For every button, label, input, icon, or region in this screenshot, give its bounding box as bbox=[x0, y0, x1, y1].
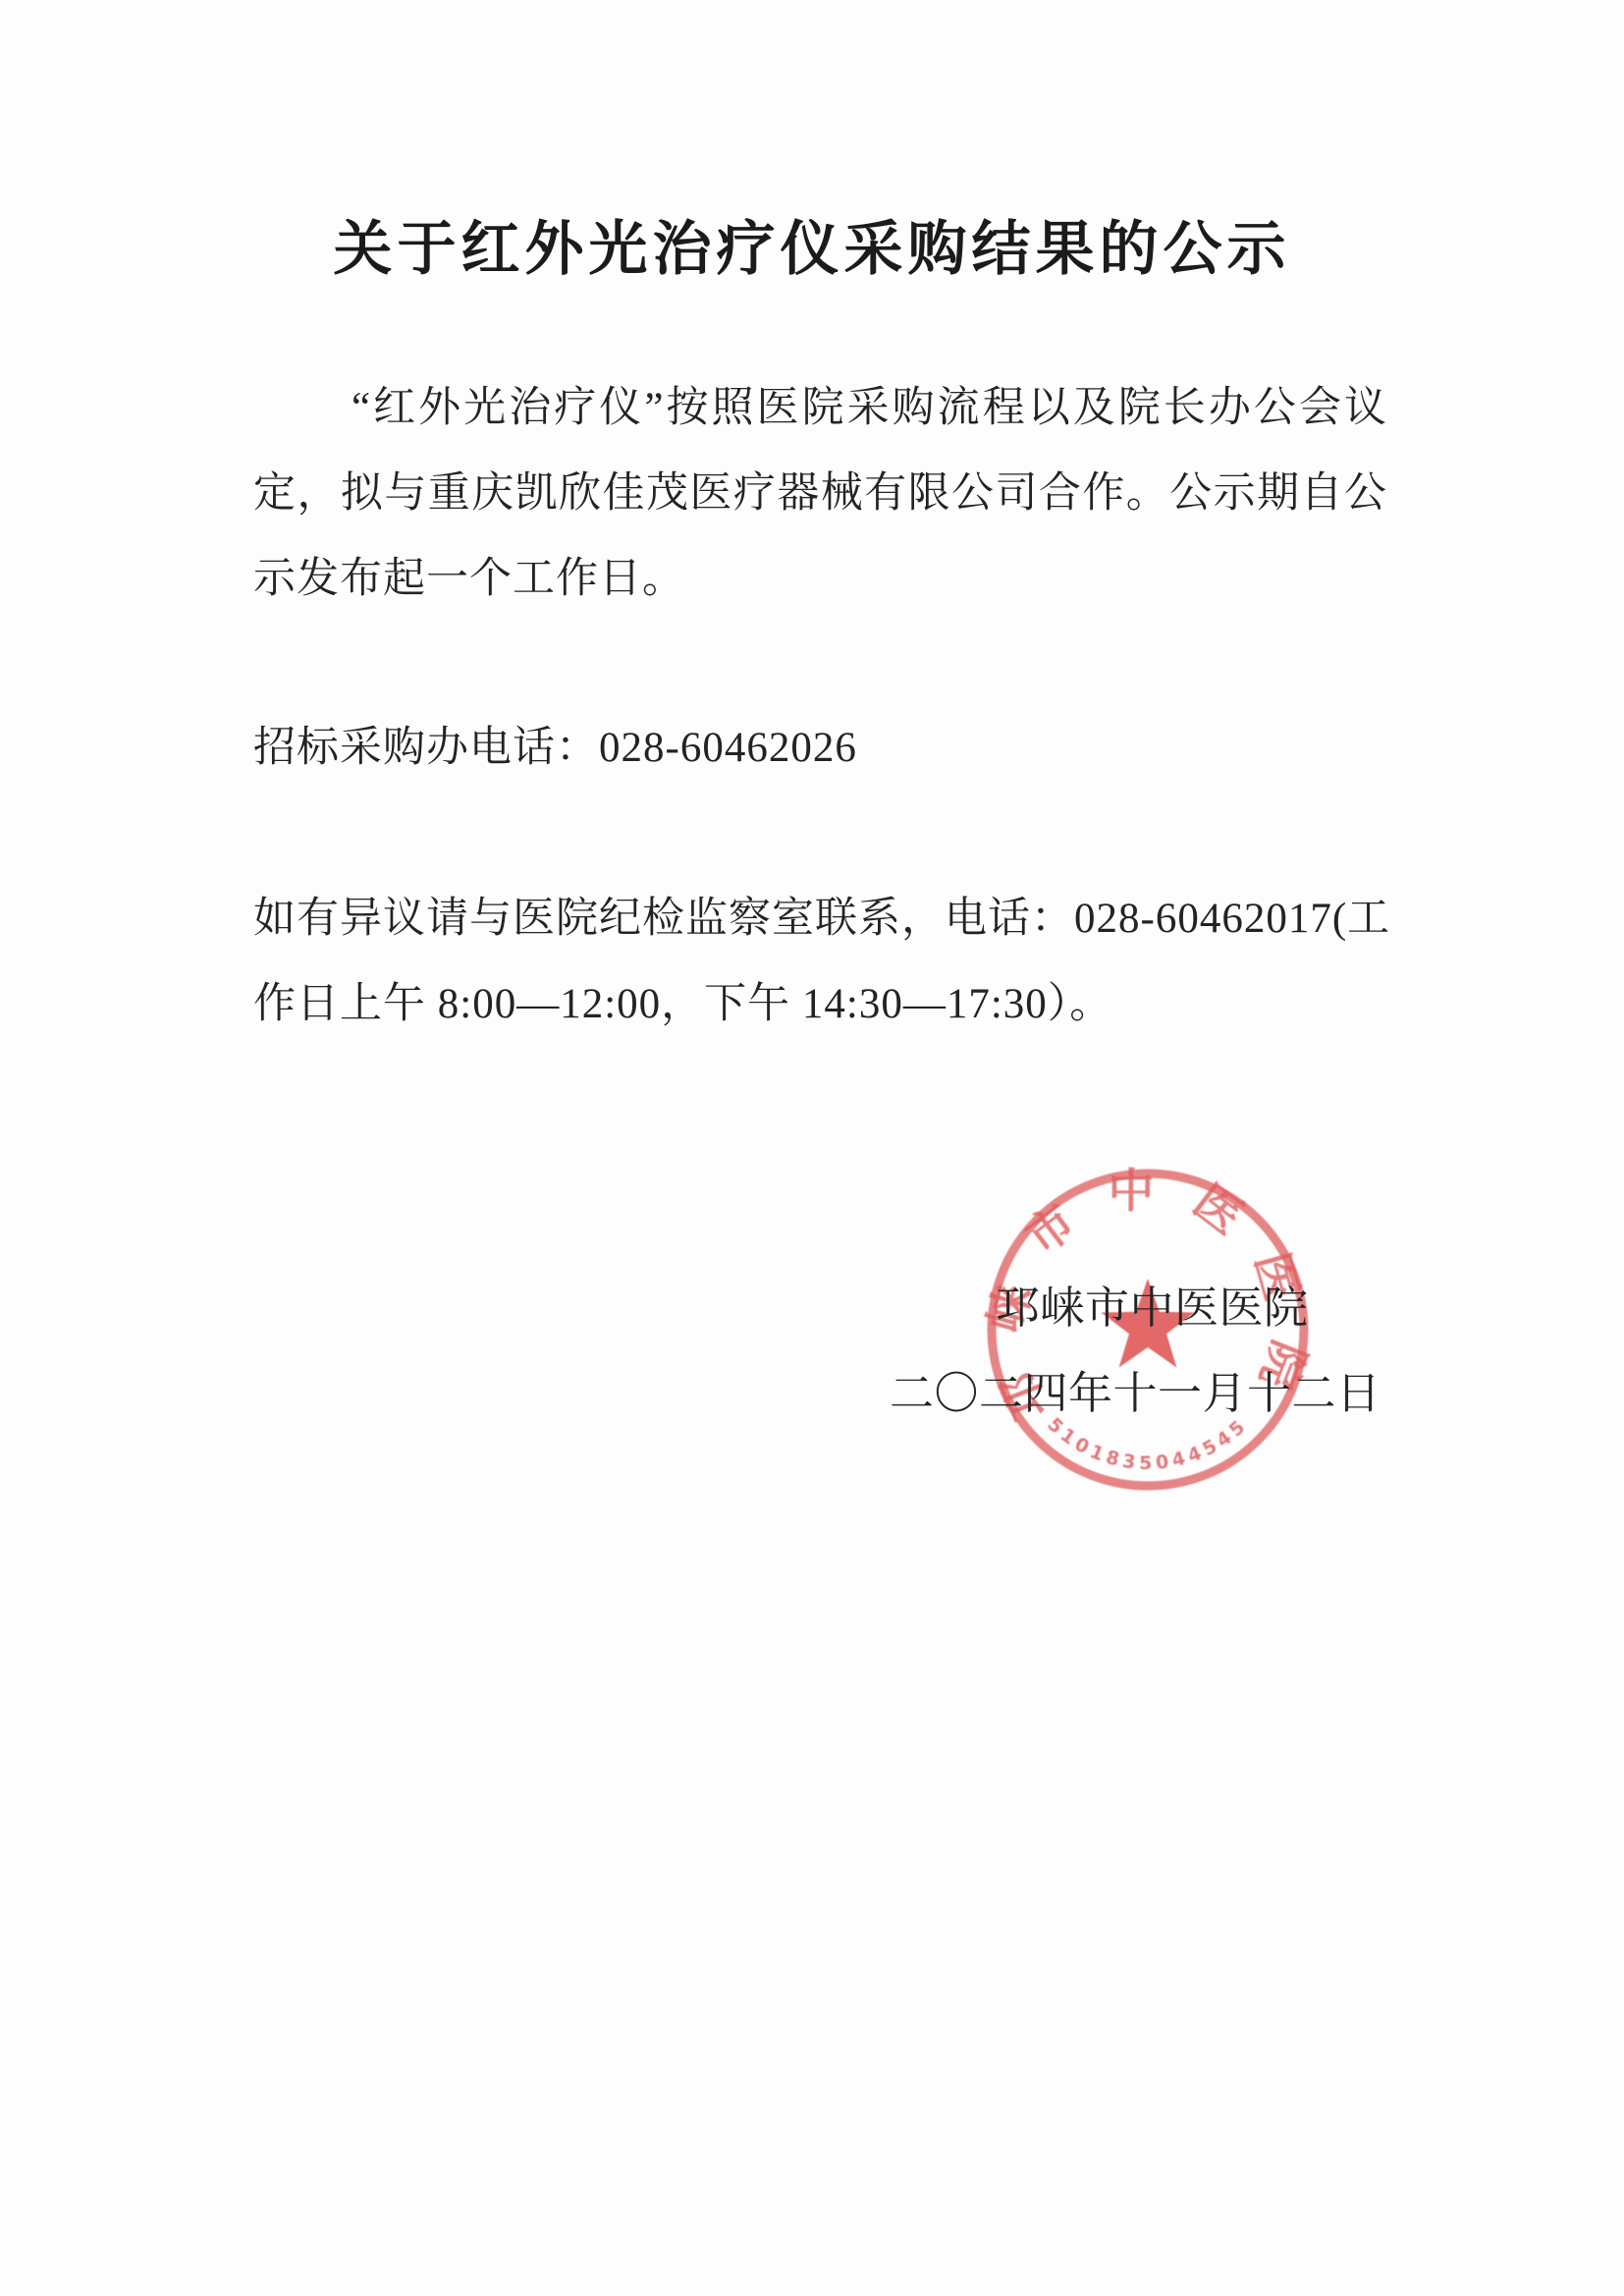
main-paragraph-line-2: 定，拟与重庆凯欣佳茂医疗器械有限公司合作。公示期自公 bbox=[253, 451, 1387, 536]
signature-date: 二〇二四年十一月十二日 bbox=[890, 1357, 1381, 1421]
main-paragraph-line-3: 示发布起一个工作日。 bbox=[253, 536, 1387, 622]
document-page: 关于红外光治疗仪采购结果的公示 “红外光治疗仪”按照医院采购流程以及院长办公会议… bbox=[0, 0, 1624, 2296]
complaint-line-1: 如有异议请与医院纪检监察室联系，电话：028-60462017(工 bbox=[253, 876, 1387, 961]
procurement-phone-line: 招标采购办电话：028-60462026 bbox=[253, 705, 1387, 791]
main-paragraph: “红外光治疗仪”按照医院采购流程以及院长办公会议 定，拟与重庆凯欣佳茂医疗器械有… bbox=[253, 365, 1387, 622]
complaint-line-2: 作日上午 8:00—12:00，下午 14:30—17:30）。 bbox=[253, 961, 1387, 1047]
signature-organization: 邛崃市中医医院 bbox=[996, 1272, 1309, 1336]
procurement-phone-paragraph: 招标采购办电话：028-60462026 bbox=[253, 705, 1387, 791]
document-title: 关于红外光治疗仪采购结果的公示 bbox=[0, 202, 1624, 287]
complaint-paragraph: 如有异议请与医院纪检监察室联系，电话：028-60462017(工 作日上午 8… bbox=[253, 876, 1387, 1047]
main-paragraph-line-1: “红外光治疗仪”按照医院采购流程以及院长办公会议 bbox=[253, 365, 1387, 451]
